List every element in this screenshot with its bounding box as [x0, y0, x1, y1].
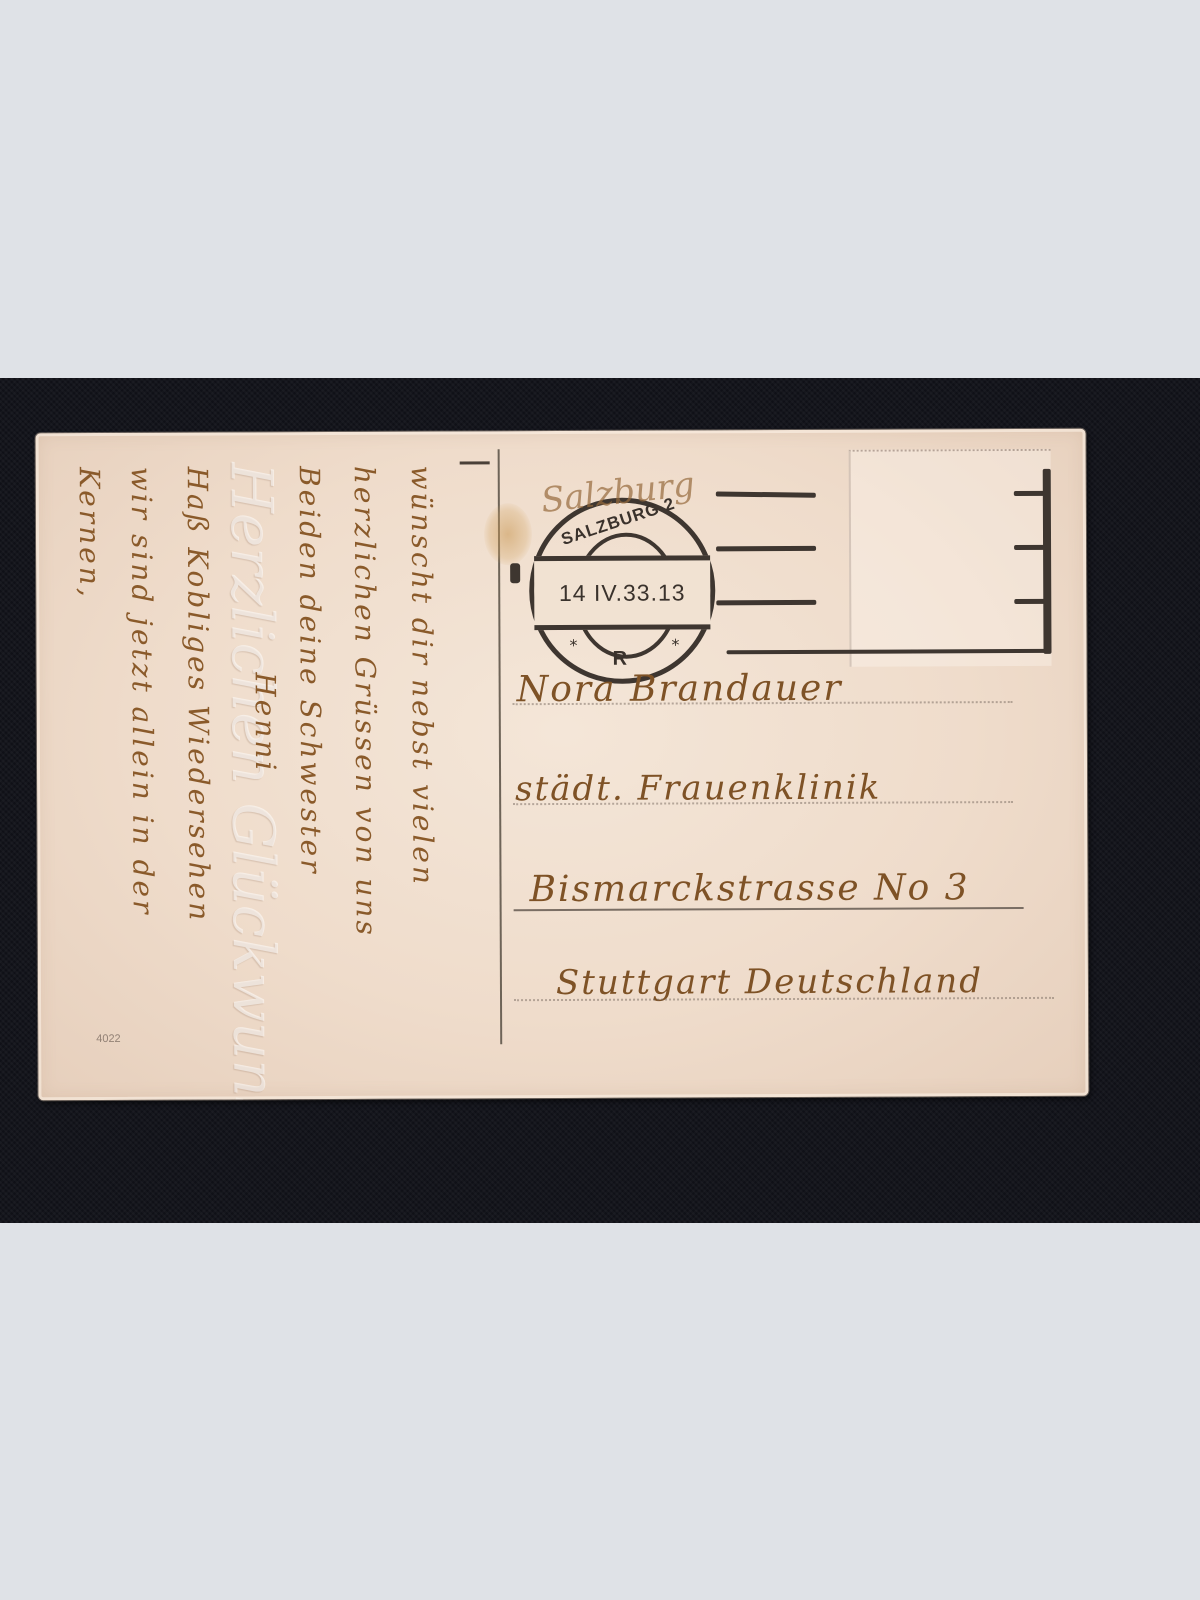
message-line: Kernen, [73, 467, 107, 600]
star-icon: * [671, 635, 679, 654]
cancellation-line [716, 491, 816, 497]
postmark-letter: R [612, 648, 627, 671]
postmark-date-band: 14 IV.33.13 [534, 555, 710, 630]
message-line: wir sind jetzt allein in der [125, 467, 160, 917]
publisher-mark: 4022 [96, 1033, 121, 1045]
message-line: Beiden deine Schwester [293, 466, 328, 876]
postcard-back: Herzlichen Glückwunsch Kernen, wir sind … [36, 429, 1089, 1101]
cancellation-line [716, 600, 816, 605]
cancellation-line [716, 546, 816, 551]
stamp-area [849, 449, 1052, 667]
embossed-greeting: Herzlichen Glückwunsch [218, 462, 289, 1100]
postmark-date: 14 IV.33.13 [559, 579, 686, 607]
message-line: Haß Kobliges Wiedersehen [181, 467, 216, 924]
divider-tick [460, 461, 490, 464]
postmark: SALZBURG 2 14 IV.33.13 * * R [529, 497, 716, 684]
message-line: wünscht dir nebst vielen [405, 466, 440, 888]
message-signature: Henni [249, 672, 282, 773]
address-street: Bismarckstrasse No 3 [529, 867, 969, 910]
postmark-side-bar [510, 563, 520, 583]
star-icon: * [569, 636, 577, 655]
cancellation-edge [1043, 469, 1052, 654]
message-line: herzlichen Grüssen von uns [348, 466, 383, 938]
stain-mark [484, 503, 532, 565]
photo-backdrop: Herzlichen Glückwunsch Kernen, wir sind … [0, 378, 1200, 1223]
